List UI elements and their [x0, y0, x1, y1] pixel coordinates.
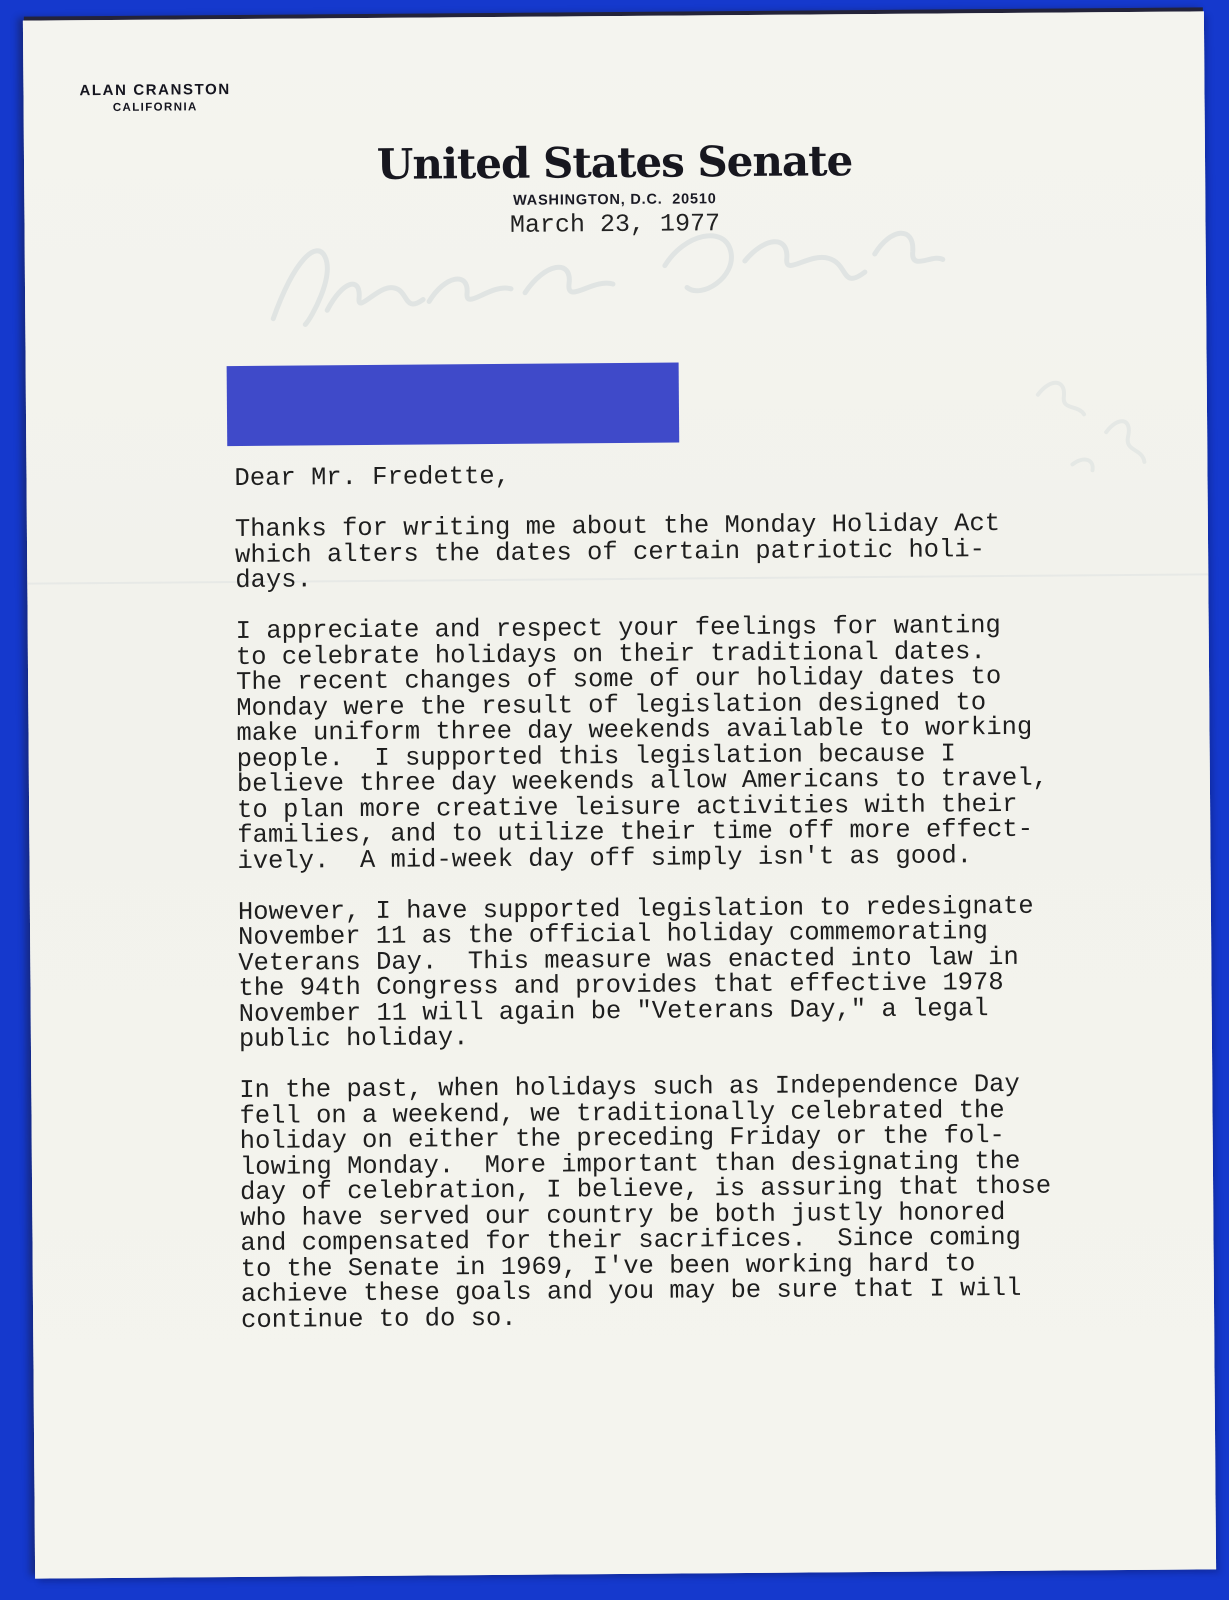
letterhead-sender: ALAN CRANSTON CALIFORNIA — [79, 81, 231, 114]
letter-paragraph: Thanks for writing me about the Monday H… — [235, 510, 1096, 593]
sender-state: CALIFORNIA — [80, 101, 231, 114]
letter-paragraph: However, I have supported legislation to… — [238, 893, 1099, 1053]
letter-line: Dear Mr. Fredette, — [234, 459, 1094, 491]
sender-name: ALAN CRANSTON — [79, 81, 230, 99]
letter-line: ively. A mid-week day off simply isn't a… — [237, 842, 1097, 874]
letter-paragraph: In the past, when holidays such as Indep… — [239, 1071, 1101, 1333]
letter-line: which alters the dates of certain patrio… — [235, 536, 1095, 568]
scan-background: { "colors": { "background_blue": "#1539c… — [0, 0, 1229, 1600]
redaction-block — [227, 363, 680, 447]
letter-page: ALAN CRANSTON CALIFORNIA United States S… — [23, 11, 1216, 1578]
letter-line: November 11 will again be "Veterans Day,… — [239, 995, 1099, 1027]
letter-body: Dear Mr. Fredette, Thanks for writing me… — [234, 459, 1101, 1358]
letter-paragraph: I appreciate and respect your feelings f… — [236, 612, 1098, 874]
letter-paragraphs: Thanks for writing me about the Monday H… — [235, 510, 1101, 1333]
letterhead-institution: United States Senate — [24, 133, 1205, 191]
salutation: Dear Mr. Fredette, — [234, 459, 1094, 491]
letter-line: achieve these goals and you may be sure … — [241, 1275, 1101, 1307]
